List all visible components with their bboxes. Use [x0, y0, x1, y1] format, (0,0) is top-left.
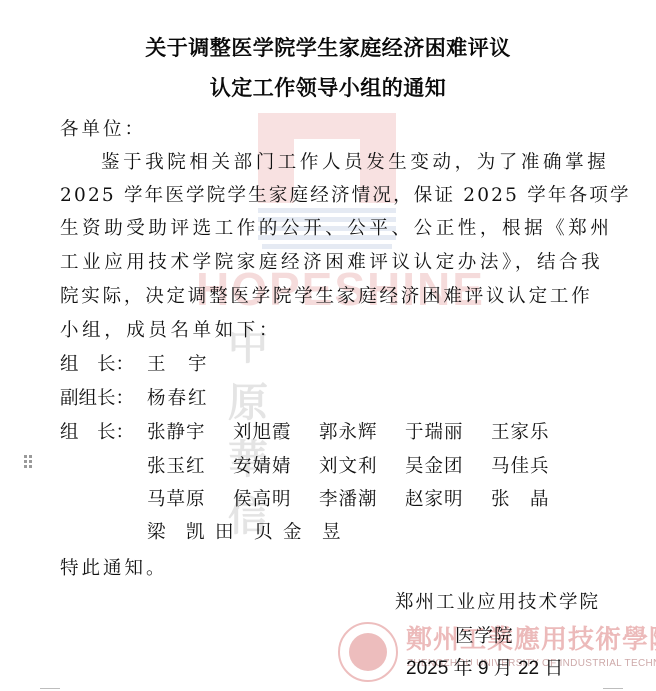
members-row: 张玉红 安婧婧 刘文利 吴金团 马佳兵 — [147, 455, 577, 479]
signature-organization: 郑州工业应用技术学院 — [395, 591, 600, 615]
members-row: 张静宇 刘旭霞 郭永辉 于瑞丽 王家乐 — [147, 421, 577, 445]
member-name: 李潘潮 — [319, 488, 405, 512]
member-name: 马佳兵 — [491, 455, 577, 479]
deputy-leader-row: 副组长： 杨春红 — [60, 387, 209, 411]
leader-name: 王 宇 — [147, 353, 209, 377]
member-name: 吴金团 — [405, 455, 491, 479]
member-name: 刘旭霞 — [233, 421, 319, 445]
member-name: 马草原 — [147, 488, 233, 512]
document-title-line-2: 认定工作领导小组的通知 — [0, 72, 656, 102]
member-name: 王家乐 — [491, 421, 577, 445]
seal-emblem — [349, 633, 387, 671]
closing-text: 特此通知。 — [60, 557, 168, 581]
paragraph-line: 生资助受助评选工作的公开、公平、公正性，根据《郑州 — [60, 217, 605, 241]
watermark-logo-top-bar — [294, 113, 360, 139]
member-name: 郭永辉 — [319, 421, 405, 445]
deputy-leader-name: 杨春红 — [147, 387, 209, 411]
leader-row: 组 长： 王 宇 — [60, 353, 209, 377]
drag-handle-icon[interactable] — [24, 455, 32, 469]
paragraph-line: 2025 学年医学院学生家庭经济情况，保证 2025 学年各项学 — [60, 184, 605, 208]
paragraph-line: 小组，成员名单如下： — [60, 319, 605, 343]
page-corner-mark-right — [603, 688, 623, 689]
salutation: 各单位： — [60, 118, 146, 142]
page-corner-mark-left — [40, 688, 60, 689]
member-name: 赵家明 — [405, 488, 491, 512]
leader-label: 组 长： — [60, 353, 147, 377]
member-name: 金 昱 — [283, 521, 351, 545]
members-label: 组 长： — [60, 421, 134, 445]
member-name: 梁 凯 — [147, 521, 215, 545]
school-logo-chinese-name: 鄭州工業應用技術學院 — [406, 619, 656, 656]
member-name: 田 贝 — [215, 521, 283, 545]
paragraph-line: 工业应用技术学院家庭经济困难评议认定办法》，结合我 — [60, 251, 605, 275]
member-name: 刘文利 — [319, 455, 405, 479]
member-name: 侯高明 — [233, 488, 319, 512]
watermark-stripe — [258, 208, 396, 213]
member-name: 安婧婧 — [233, 455, 319, 479]
school-seal-icon — [338, 622, 398, 682]
document-title-line-1: 关于调整医学院学生家庭经济困难评议 — [0, 32, 656, 62]
paragraph-line: 院实际，决定调整医学院学生家庭经济困难评议认定工作 — [60, 285, 605, 309]
member-name: 张静宇 — [147, 421, 233, 445]
deputy-leader-label: 副组长： — [60, 387, 147, 411]
members-row: 梁 凯 田 贝 金 昱 — [147, 521, 351, 545]
signature-department: 医学院 — [455, 625, 514, 649]
member-name: 张 晶 — [491, 488, 577, 512]
member-name: 于瑞丽 — [405, 421, 491, 445]
members-row: 马草原 侯高明 李潘潮 赵家明 张 晶 — [147, 488, 577, 512]
signature-date: 2025 年 9 月 22 日 — [406, 657, 563, 681]
member-name: 张玉红 — [147, 455, 233, 479]
paragraph-line: 鉴于我院相关部门工作人员发生变动，为了准确掌握 — [101, 151, 604, 175]
watermark-stripe — [262, 244, 392, 249]
